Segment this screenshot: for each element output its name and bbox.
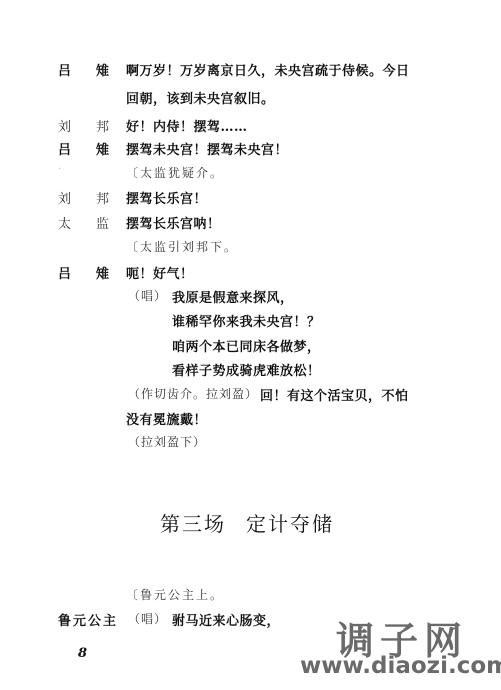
dialogue-continuation: 回朝，该到未央宫叙旧。: [126, 88, 275, 107]
inline-stage-direction: （作切齿介。拉刘盈）: [128, 385, 258, 402]
speaker-liu-bang-1: 刘: [58, 116, 71, 135]
speaker-lv-zhi-1: 吕: [58, 263, 71, 282]
verse-line: 看样子势成骑虎难放松！: [172, 360, 321, 379]
script-page: 吕 雉 啊万岁！万岁离京日久，未央宫疏于侍候。今日 回朝，该到未央宫叙旧。 刘 …: [0, 0, 501, 690]
verse-line: 我原是假意来探风，: [172, 287, 294, 306]
speaker-lv-zhi-1: 吕: [58, 60, 71, 79]
sung-marker: （唱）: [128, 610, 167, 627]
scene-title: 定计夺储: [246, 512, 334, 536]
verse-line: 谁稀罕你来我未央宫！？: [172, 311, 321, 330]
sung-marker: （唱）: [128, 287, 167, 304]
speaker-lv-zhi-2: 雉: [96, 263, 109, 282]
watermark-url: www.diaozi.com: [300, 653, 501, 679]
dialogue-line: 好！内侍！摆驾……: [126, 116, 248, 135]
scene-number: 第三场: [160, 512, 226, 536]
speaker-eunuch-2: 监: [96, 213, 109, 232]
verse-line: 咱两个本已同床各做梦，: [172, 336, 321, 355]
scene-heading: 第三场定计夺储: [160, 508, 354, 537]
margin-mark: ·: [58, 164, 61, 175]
dialogue-line: 呃！好气！: [126, 263, 194, 282]
dialogue-line: 摆驾长乐宫！: [126, 188, 207, 207]
speaker-lv-zhi-2: 雉: [96, 60, 109, 79]
speaker-lv-zhi-2: 雉: [96, 139, 109, 158]
stage-direction: 〔太监犹疑介。: [126, 164, 224, 181]
page-number: 8: [78, 646, 87, 661]
speaker-liu-bang-1: 刘: [58, 188, 71, 207]
stage-direction: （拉刘盈下）: [128, 433, 206, 450]
speaker-lv-zhi-1: 吕: [58, 139, 71, 158]
dialogue-line: 回！有这个活宝贝，不怕: [260, 385, 409, 404]
stage-direction: 〔鲁元公主上。: [126, 586, 224, 603]
verse-line: 驸马近来心肠变，: [172, 610, 280, 629]
speaker-princess-luyuan: 鲁元公主: [58, 610, 118, 629]
dialogue-line: 啊万岁！万岁离京日久，未央宫疏于侍候。今日: [126, 60, 410, 79]
speaker-liu-bang-2: 邦: [96, 188, 109, 207]
dialogue-continuation: 没有冕旒戴！: [126, 409, 207, 428]
stage-direction: 〔太监引刘邦下。: [126, 238, 238, 255]
speaker-eunuch-1: 太: [58, 213, 71, 232]
dialogue-line: 摆驾长乐宫呐！: [126, 213, 221, 232]
dialogue-line: 摆驾未央宫！摆驾未央宫！: [126, 139, 288, 158]
speaker-liu-bang-2: 邦: [96, 116, 109, 135]
